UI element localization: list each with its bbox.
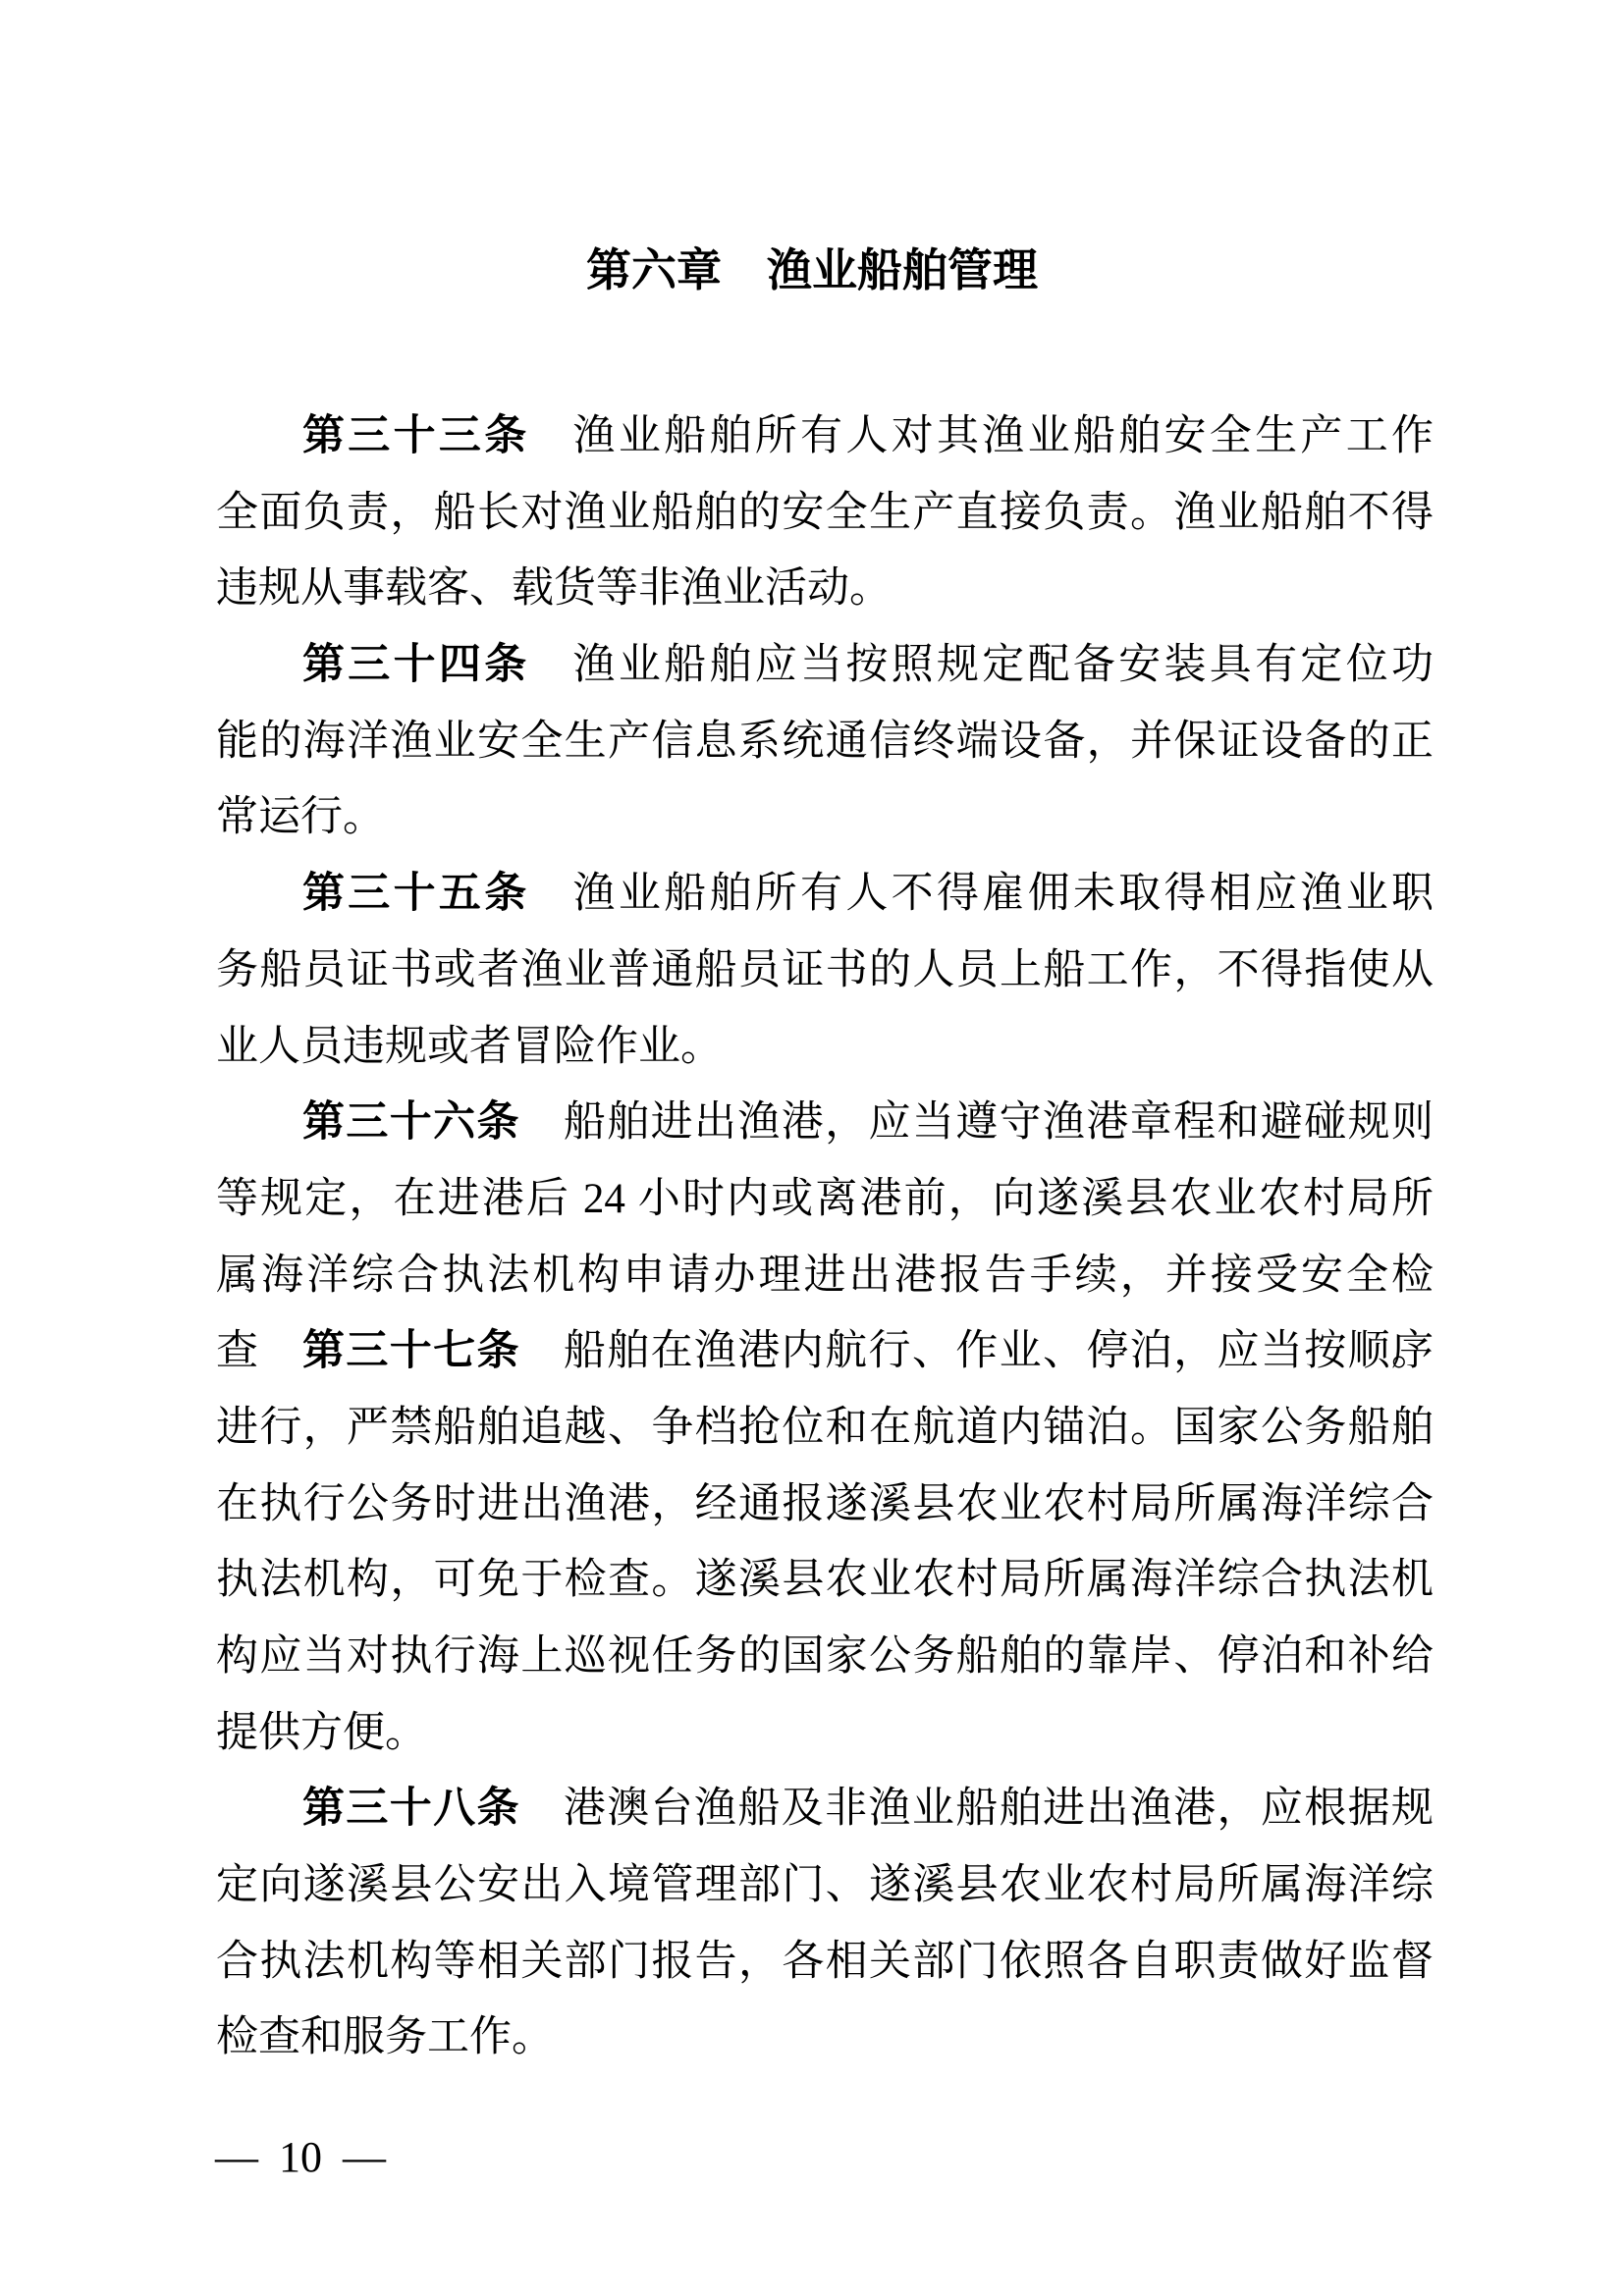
article-number: 第三十四条 xyxy=(302,641,530,688)
text-line: 第三十三条渔业船舶所有人对其渔业船舶安全生产工作 xyxy=(216,399,1434,475)
text-line: 第三十七条船舶在渔港内航行、作业、停泊，应当按顺序 xyxy=(216,1313,1434,1390)
text-line: 提供方便。 xyxy=(216,1695,1434,1772)
text-line: 第三十六条船舶进出渔港，应当遵守渔港章程和避碰规则 xyxy=(216,1085,1434,1161)
text-line: 业人员违规或者冒险作业。 xyxy=(216,1009,1434,1086)
text-line: 定向遂溪县公安出入境管理部门、遂溪县农业农村局所属海洋综 xyxy=(216,1847,1434,1924)
article-number: 第三十三条 xyxy=(302,412,530,459)
text-line: 执法机构，可免于检查。遂溪县农业农村局所属海洋综合执法机 xyxy=(216,1542,1434,1619)
article-33: 第三十三条渔业船舶所有人对其渔业船舶安全生产工作 全面负责，船长对渔业船舶的安全… xyxy=(216,399,1434,627)
article-36: 第三十六条船舶进出渔港，应当遵守渔港章程和避碰规则 等规定，在进港后 24 小时… xyxy=(216,1085,1434,1313)
text-line: 第三十五条渔业船舶所有人不得雇佣未取得相应渔业职 xyxy=(216,856,1434,933)
text-line: 合执法机构等相关部门报告，各相关部门依照各自职责做好监督 xyxy=(216,1924,1434,2001)
article-number: 第三十七条 xyxy=(302,1327,520,1374)
text-line: 全面负责，船长对渔业船舶的安全生产直接负责。渔业船舶不得 xyxy=(216,475,1434,552)
text-line: 违规从事载客、载货等非渔业活动。 xyxy=(216,551,1434,627)
article-37: 第三十七条船舶在渔港内航行、作业、停泊，应当按顺序 进行，严禁船舶追越、争档抢位… xyxy=(216,1313,1434,1771)
article-text: 船舶在渔港内航行、作业、停泊，应当按顺序 xyxy=(564,1328,1434,1374)
article-number: 第三十八条 xyxy=(302,1785,520,1832)
text-line: 在执行公务时进出渔港，经通报遂溪县农业农村局所属海洋综合 xyxy=(216,1467,1434,1543)
article-number: 第三十五条 xyxy=(302,870,530,917)
text-line: 构应当对执行海上巡视任务的国家公务船舶的靠岸、停泊和补给 xyxy=(216,1619,1434,1695)
page-number: — 10 — xyxy=(215,2128,386,2187)
article-text: 渔业船舶应当按照规定配备安装具有定位功 xyxy=(573,642,1434,688)
article-text: 渔业船舶所有人对其渔业船舶安全生产工作 xyxy=(573,413,1434,459)
article-text: 船舶进出渔港，应当遵守渔港章程和避碰规则 xyxy=(564,1099,1434,1146)
text-line: 常运行。 xyxy=(216,779,1434,856)
article-text: 港澳台渔船及非渔业船舶进出渔港，应根据规 xyxy=(564,1786,1434,1832)
text-line: 等规定，在进港后 24 小时内或离港前，向遂溪县农业农村局所 xyxy=(216,1161,1434,1238)
document-body: 第三十三条渔业船舶所有人对其渔业船舶安全生产工作 全面负责，船长对渔业船舶的安全… xyxy=(216,399,1434,2076)
text-line: 检查和服务工作。 xyxy=(216,2000,1434,2076)
text-line: 第三十四条渔业船舶应当按照规定配备安装具有定位功 xyxy=(216,627,1434,704)
article-34: 第三十四条渔业船舶应当按照规定配备安装具有定位功 能的海洋渔业安全生产信息系统通… xyxy=(216,627,1434,856)
text-line: 属海洋综合执法机构申请办理进出港报告手续，并接受安全检查。 xyxy=(216,1238,1434,1314)
article-35: 第三十五条渔业船舶所有人不得雇佣未取得相应渔业职 务船员证书或者渔业普通船员证书… xyxy=(216,856,1434,1085)
text-line: 能的海洋渔业安全生产信息系统通信终端设备，并保证设备的正 xyxy=(216,704,1434,780)
article-38: 第三十八条港澳台渔船及非渔业船舶进出渔港，应根据规 定向遂溪县公安出入境管理部门… xyxy=(216,1771,1434,2076)
article-number: 第三十六条 xyxy=(302,1098,520,1146)
chapter-title: 第六章 渔业船舶管理 xyxy=(0,238,1624,302)
text-line: 第三十八条港澳台渔船及非渔业船舶进出渔港，应根据规 xyxy=(216,1771,1434,1847)
text-line: 务船员证书或者渔业普通船员证书的人员上船工作，不得指使从 xyxy=(216,933,1434,1009)
text-line: 进行，严禁船舶追越、争档抢位和在航道内锚泊。国家公务船舶 xyxy=(216,1390,1434,1467)
document-page: 第六章 渔业船舶管理 第三十三条渔业船舶所有人对其渔业船舶安全生产工作 全面负责… xyxy=(0,0,1624,2296)
article-text: 渔业船舶所有人不得雇佣未取得相应渔业职 xyxy=(573,871,1434,917)
